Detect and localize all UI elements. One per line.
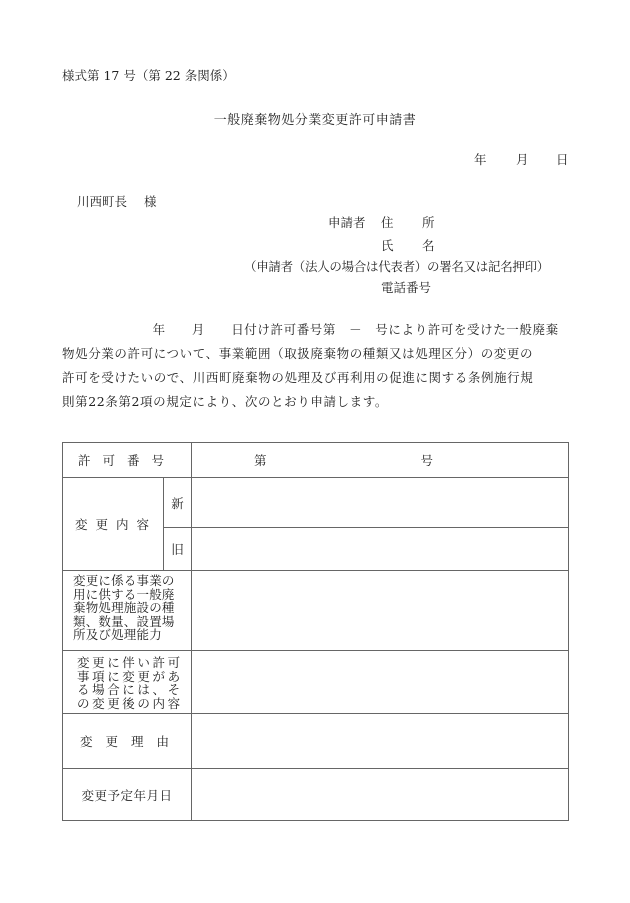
statement-line: 許可を受けたいので、川西町廃棄物の処理及び再利用の促進に関する条例施行規 <box>62 366 558 390</box>
reason-label: 変更理由 <box>63 714 192 769</box>
facility-label-line: 変更に係る事業の <box>73 574 185 588</box>
name-label-2: 名 <box>422 236 435 254</box>
permit-changes-label-line: 事項に変更があ <box>77 670 185 684</box>
address-label-2: 所 <box>422 213 435 231</box>
permit-changes-label-line: る場合には、そ <box>77 683 185 697</box>
signature-note: （申請者（法人の場合は代表者）の署名又は記名押印） <box>244 257 549 275</box>
application-form-table: 許可番号 第 号 変更内容 新 旧 変更に係る事業の 用に供する一般廃 棄物処理… <box>62 442 569 821</box>
addressee-honorific: 様 <box>144 192 157 210</box>
statement-line: 年 月 日付け許可番号第 － 号により許可を受けた一般廃棄 <box>74 318 558 342</box>
applicant-label: 申請者 <box>328 213 366 231</box>
scheduled-date-field[interactable] <box>192 769 569 821</box>
document-title: 一般廃棄物処分業変更許可申請書 <box>0 109 630 128</box>
reason-field[interactable] <box>192 714 569 769</box>
statement-line: 物処分業の許可について、事業範囲（取扱廃棄物の種類又は処理区分）の変更の <box>62 342 558 366</box>
row-scheduled-date: 変更予定年月日 <box>63 769 569 821</box>
date-year-label: 年 <box>474 150 487 168</box>
row-permit-number: 許可番号 第 号 <box>63 443 569 478</box>
permit-number-label: 許可番号 <box>63 443 192 478</box>
row-change-new: 変更内容 新 <box>63 478 569 528</box>
permit-number-field[interactable]: 第 号 <box>192 443 569 478</box>
addressee-name: 川西町長 <box>77 192 127 210</box>
facility-label: 変更に係る事業の 用に供する一般廃 棄物処理施設の種 類、数量、設置場 所及び処… <box>63 571 192 651</box>
scheduled-date-label: 変更予定年月日 <box>63 769 192 821</box>
application-statement: 年 月 日付け許可番号第 － 号により許可を受けた一般廃棄 物処分業の許可につい… <box>62 318 558 414</box>
facility-field[interactable] <box>192 571 569 651</box>
phone-label: 電話番号 <box>381 278 431 296</box>
permit-number-suffix: 号 <box>421 451 434 469</box>
facility-label-line: 用に供する一般廃 <box>73 588 185 602</box>
row-facility: 変更に係る事業の 用に供する一般廃 棄物処理施設の種 類、数量、設置場 所及び処… <box>63 571 569 651</box>
permit-changes-field[interactable] <box>192 651 569 714</box>
statement-line: 則第22条第2項の規定により、次のとおり申請します。 <box>62 390 558 414</box>
change-content-label: 変更内容 <box>63 478 164 571</box>
facility-label-line: 所及び処理能力 <box>73 628 185 642</box>
permit-changes-label-line: 変更に伴い許可 <box>77 656 185 670</box>
permit-changes-label: 変更に伴い許可 事項に変更があ る場合には、そ の変更後の内容 <box>63 651 192 714</box>
form-number: 様式第 17 号（第 22 条関係） <box>62 66 235 84</box>
facility-label-line: 類、数量、設置場 <box>73 615 185 629</box>
name-label-1: 氏 <box>381 236 394 254</box>
row-permit-changes: 変更に伴い許可 事項に変更があ る場合には、そ の変更後の内容 <box>63 651 569 714</box>
change-new-field[interactable] <box>192 478 569 528</box>
address-label-1: 住 <box>381 213 394 231</box>
permit-number-prefix: 第 <box>254 451 267 469</box>
date-day-label: 日 <box>556 150 569 168</box>
row-reason: 変更理由 <box>63 714 569 769</box>
date-month-label: 月 <box>516 150 529 168</box>
facility-label-line: 棄物処理施設の種 <box>73 601 185 615</box>
old-label: 旧 <box>164 528 192 571</box>
new-label: 新 <box>164 478 192 528</box>
permit-changes-label-line: の変更後の内容 <box>77 697 185 711</box>
change-old-field[interactable] <box>192 528 569 571</box>
